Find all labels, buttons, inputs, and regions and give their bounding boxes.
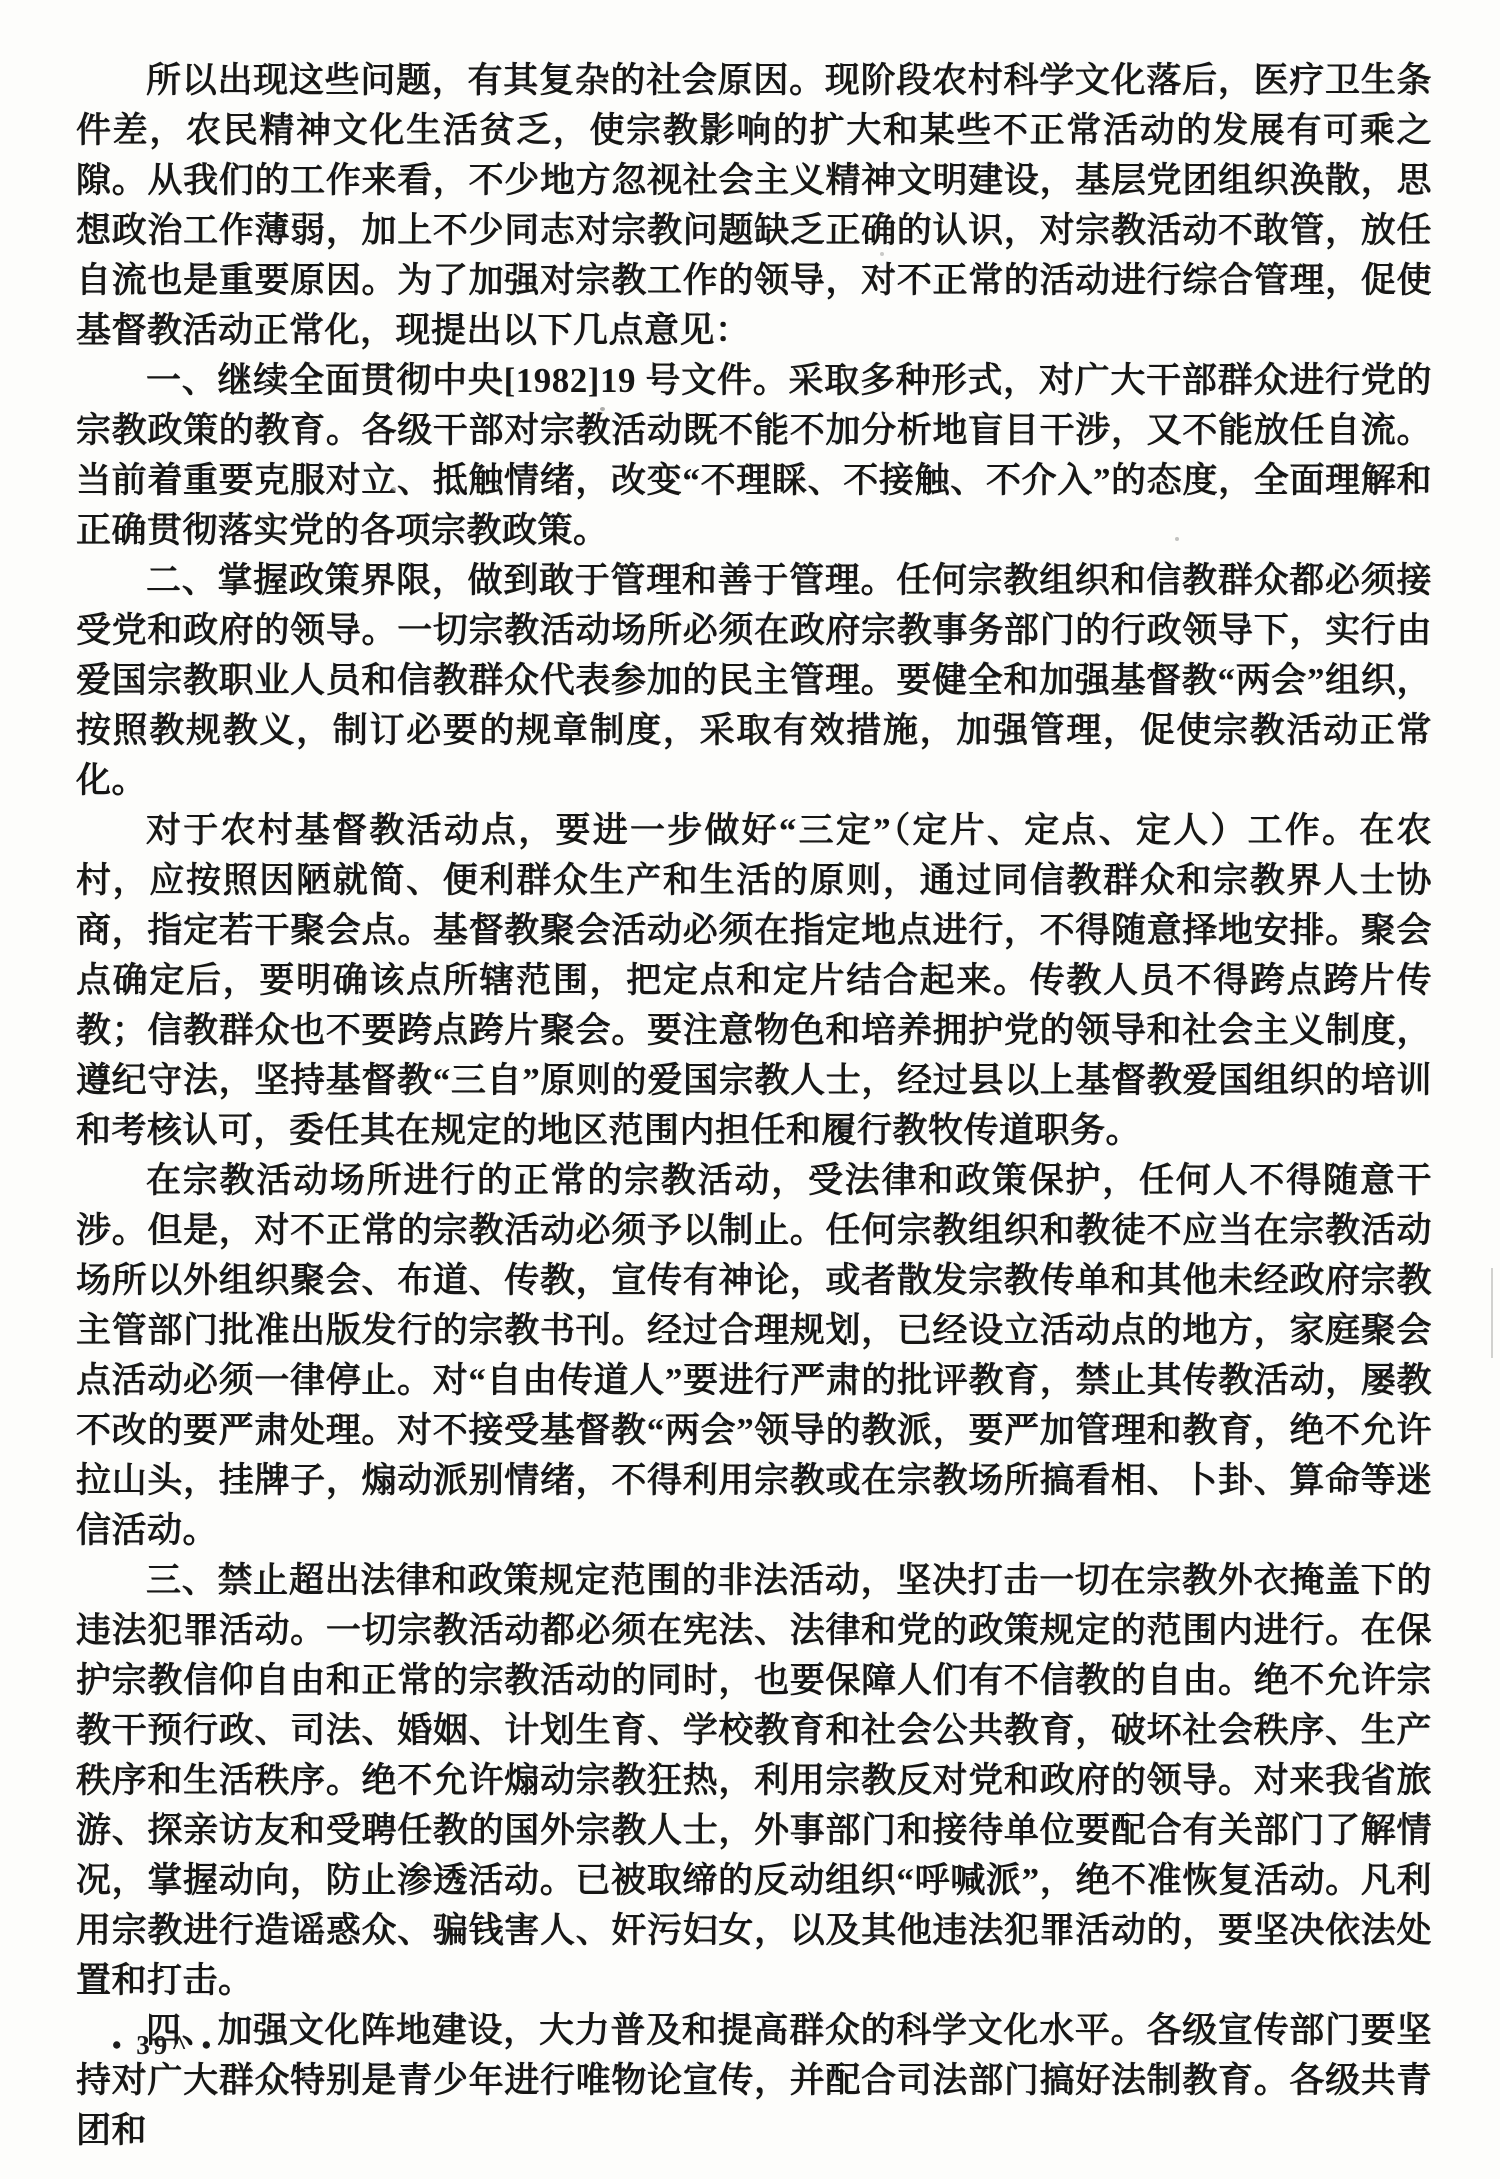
scan-speck xyxy=(880,252,884,256)
paragraph-point-2-continued: 对于农村基督教活动点，要进一步做好“三定”（定片、定点、定人）工作。在农村，应按… xyxy=(76,806,1432,1156)
page-number: • 39^ • xyxy=(112,2030,215,2061)
paragraph-point-2: 二、掌握政策界限，做到敢于管理和善于管理。任何宗教组织和信教群众都必须接受党和政… xyxy=(76,556,1432,806)
paragraph-point-4: 四、加强文化阵地建设，大力普及和提高群众的科学文化水平。各级宣传部门要坚持对广大… xyxy=(76,2006,1432,2156)
paragraph-point-3: 三、禁止超出法律和政策规定范围的非法活动，坚决打击一切在宗教外衣掩盖下的违法犯罪… xyxy=(76,1556,1432,2006)
scanned-document-page: 所以出现这些问题，有其复杂的社会原因。现阶段农村科学文化落后，医疗卫生条件差，农… xyxy=(0,0,1500,2179)
document-body: 所以出现这些问题，有其复杂的社会原因。现阶段农村科学文化落后，医疗卫生条件差，农… xyxy=(76,56,1432,2156)
paragraph-point-2-continued-2: 在宗教活动场所进行的正常的宗教活动，受法律和政策保护，任何人不得随意干涉。但是，… xyxy=(76,1156,1432,1556)
scan-speck xyxy=(600,407,605,411)
paragraph-point-1: 一、继续全面贯彻中央[1982]19 号文件。采取多种形式，对广大干部群众进行党… xyxy=(76,356,1432,556)
scan-speck xyxy=(391,487,396,492)
scan-artifact-line xyxy=(1491,1268,1493,1358)
scan-speck xyxy=(1175,537,1179,541)
paragraph-intro: 所以出现这些问题，有其复杂的社会原因。现阶段农村科学文化落后，医疗卫生条件差，农… xyxy=(76,56,1432,356)
